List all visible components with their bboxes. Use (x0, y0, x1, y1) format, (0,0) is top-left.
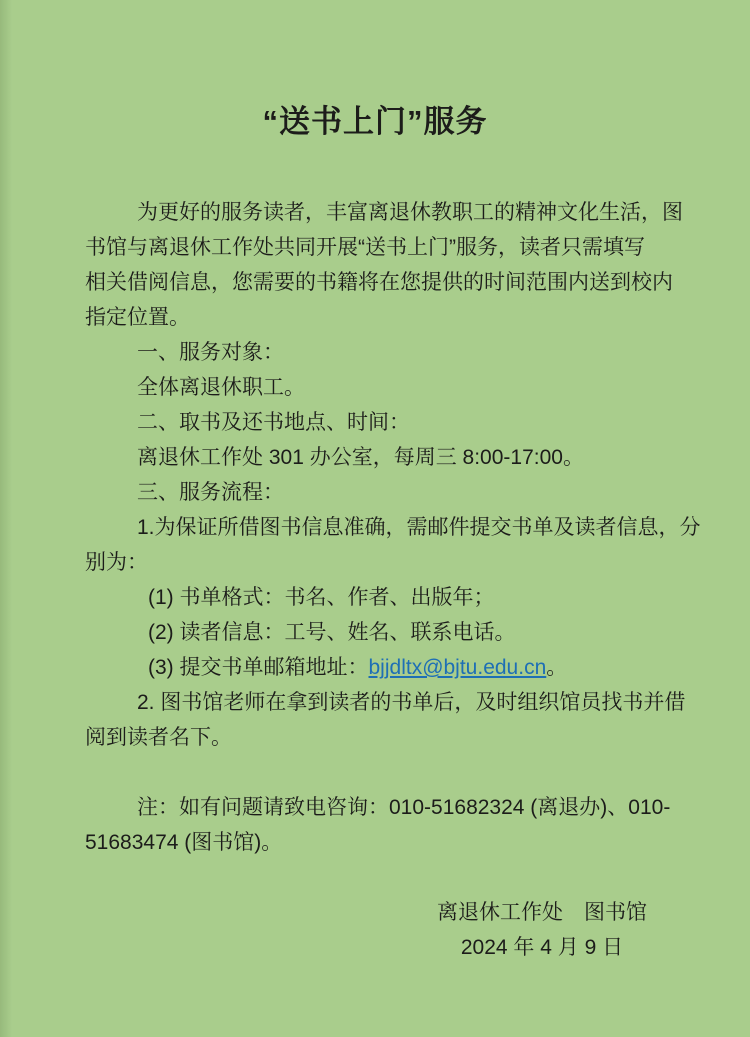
section-1-heading: 一、服务对象： (85, 335, 665, 370)
step-1-line-2: 别为： (85, 545, 665, 580)
email-line-prefix: (3) 提交书单邮箱地址： (148, 656, 369, 679)
step-2-line-2: 阅到读者名下。 (85, 720, 665, 755)
section-1-body: 全体离退休职工。 (85, 370, 665, 405)
note-line-2: 51683474 (图书馆)。 (85, 825, 665, 860)
notice-page: “送书上门”服务 为更好的服务读者，丰富离退休教职工的精神文化生活，图 书馆与离… (0, 0, 750, 1037)
step-1-subitem-3-email-line: (3) 提交书单邮箱地址：bjjdltx@bjtu.edu.cn。 (85, 650, 665, 685)
email-link[interactable]: bjjdltx@bjtu.edu.cn (369, 656, 547, 679)
intro-line-1: 为更好的服务读者，丰富离退休教职工的精神文化生活，图 (85, 195, 665, 230)
note-line-1: 注：如有问题请致电咨询：010-51682324 (离退办)、010- (85, 790, 665, 825)
section-3-heading: 三、服务流程： (85, 475, 665, 510)
intro-line-4: 指定位置。 (85, 300, 665, 335)
blank-line (85, 860, 665, 895)
section-2-heading: 二、取书及还书地点、时间： (85, 405, 665, 440)
signature-date: 2024 年 4 月 9 日 (419, 930, 665, 965)
blank-line (85, 755, 665, 790)
step-1-line-1: 1.为保证所借图书信息准确，需邮件提交书单及读者信息，分 (85, 510, 665, 545)
email-line-suffix: 。 (546, 656, 567, 679)
step-2-line-1: 2. 图书馆老师在拿到读者的书单后，及时组织馆员找书并借 (85, 685, 665, 720)
signature-org: 离退休工作处 图书馆 (419, 895, 665, 930)
notice-body: 为更好的服务读者，丰富离退休教职工的精神文化生活，图 书馆与离退休工作处共同开展… (0, 140, 750, 965)
section-2-body: 离退休工作处 301 办公室，每周三 8:00-17:00。 (85, 440, 665, 475)
signature-block: 离退休工作处 图书馆 2024 年 4 月 9 日 (85, 895, 665, 965)
step-1-subitem-1: (1) 书单格式：书名、作者、出版年； (85, 580, 665, 615)
page-title: “送书上门”服务 (0, 0, 750, 140)
intro-line-2: 书馆与离退休工作处共同开展“送书上门”服务，读者只需填写 (85, 230, 665, 265)
intro-line-3: 相关借阅信息，您需要的书籍将在您提供的时间范围内送到校内 (85, 265, 665, 300)
step-1-subitem-2: (2) 读者信息：工号、姓名、联系电话。 (85, 615, 665, 650)
